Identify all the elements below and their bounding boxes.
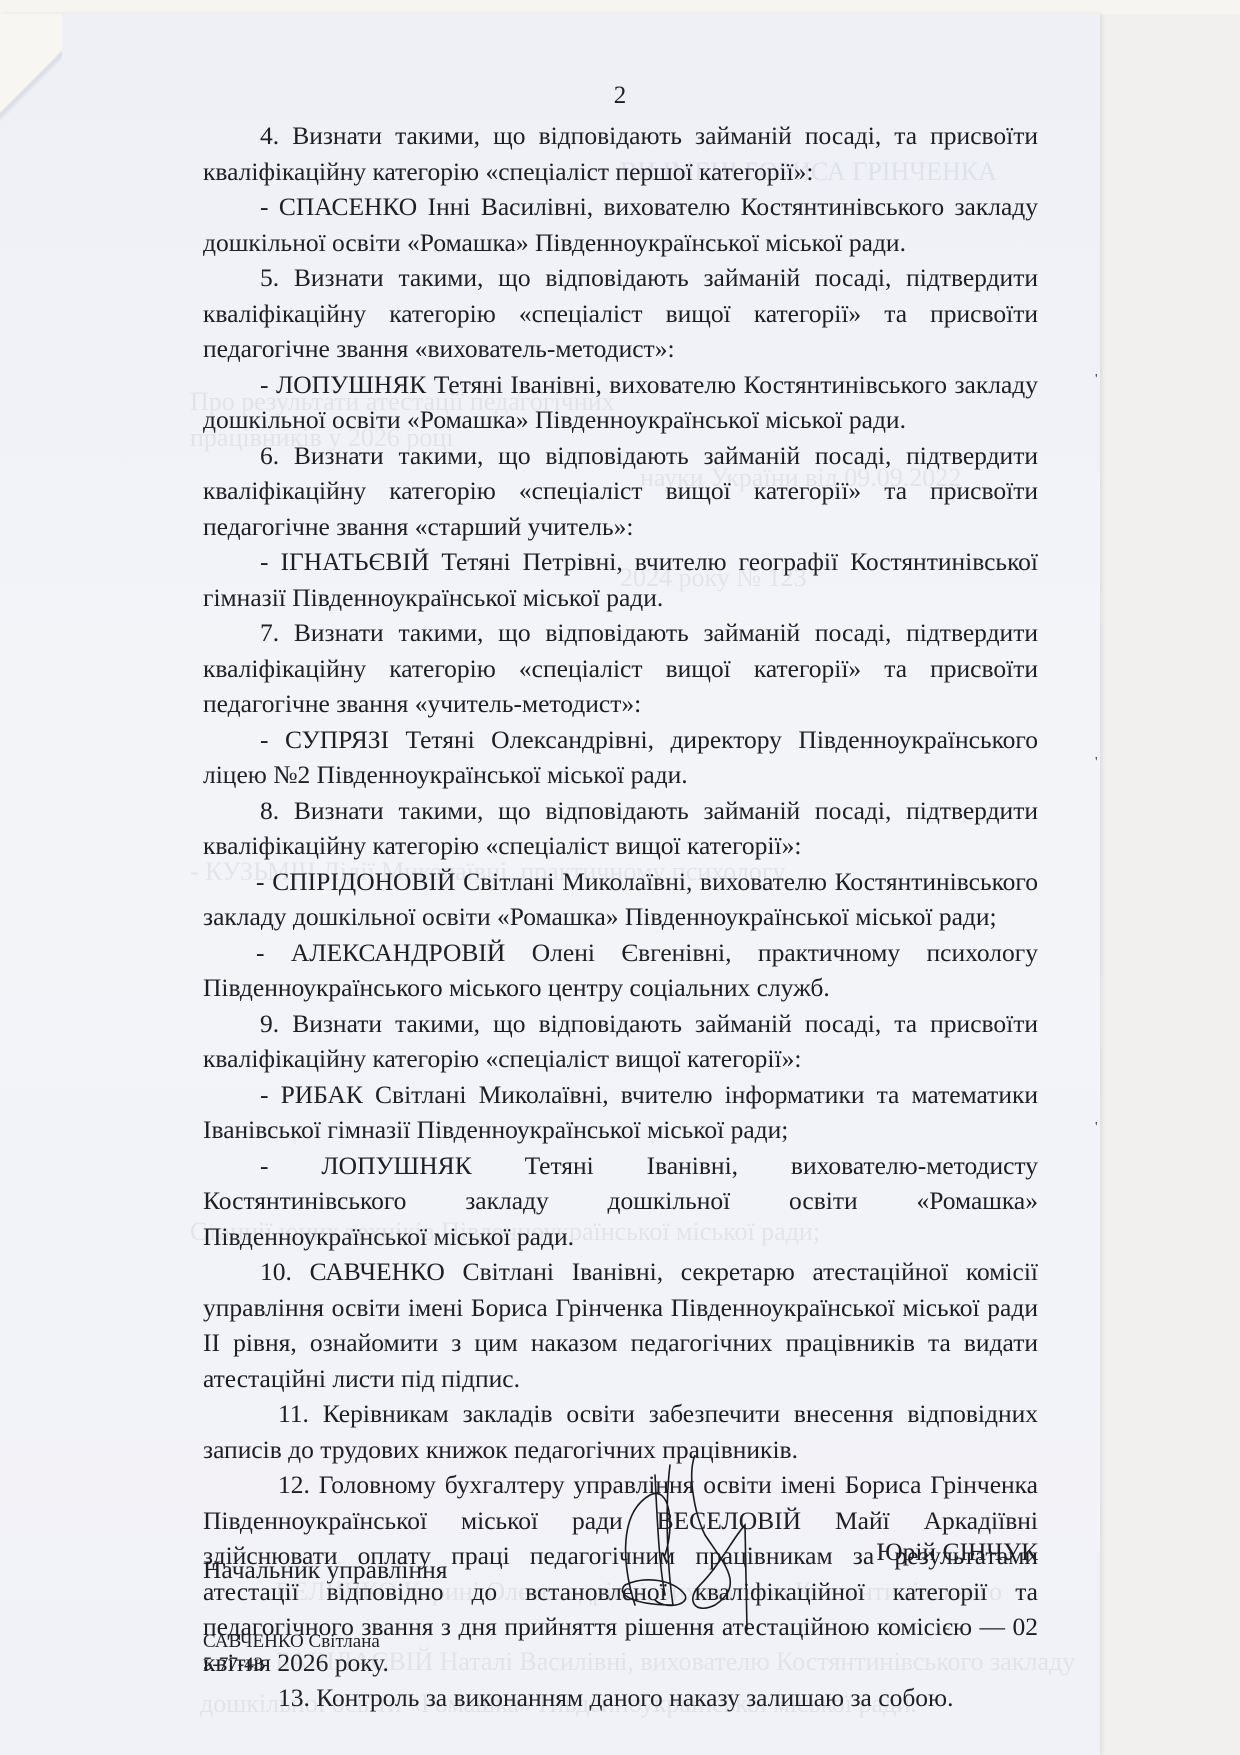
paragraph-6: 6. Визнати такими, що відповідають займа… bbox=[203, 438, 1038, 545]
scan-speck: ' bbox=[1095, 372, 1098, 388]
signer-name: Юрій СІНЧУК bbox=[876, 1534, 1038, 1569]
paragraph-13: 13. Контроль за виконанням даного наказу… bbox=[203, 1680, 1038, 1716]
signer-title: Начальник управління bbox=[203, 1552, 448, 1587]
executor-info: САВЧЕНКО Світлана 5-77-43 bbox=[203, 1630, 380, 1676]
paragraph-8: 8. Визнати такими, що відповідають займа… bbox=[203, 793, 1038, 864]
paragraph-10: 10. САВЧЕНКО Світлані Іванівні, секретар… bbox=[203, 1254, 1038, 1396]
paragraph-9-item-2: - ЛОПУШНЯК Тетяні Іванівні, вихователю-м… bbox=[203, 1148, 1038, 1255]
executor-name: САВЧЕНКО Світлана bbox=[203, 1630, 380, 1653]
scan-speck: ' bbox=[1095, 755, 1098, 771]
paragraph-9: 9. Визнати такими, що відповідають займа… bbox=[203, 1006, 1038, 1077]
paragraph-4: 4. Визнати такими, що відповідають займа… bbox=[203, 118, 1038, 189]
paragraph-7: 7. Визнати такими, що відповідають займа… bbox=[203, 615, 1038, 722]
paragraph-8-item-2: - АЛЕКСАНДРОВІЙ Олені Євгенівні, практич… bbox=[203, 935, 1038, 1006]
paragraph-7-item: - СУПРЯЗІ Тетяні Олександрівні, директор… bbox=[203, 722, 1038, 793]
paragraph-9-item-1: - РИБАК Світлані Миколаївні, вчителю інф… bbox=[203, 1077, 1038, 1148]
scan-speck: ' bbox=[1095, 1120, 1098, 1136]
paragraph-4-item: - СПАСЕНКО Інні Василівні, вихователю Ко… bbox=[203, 189, 1038, 260]
page-number: 2 bbox=[0, 82, 1240, 110]
paragraph-5-item: - ЛОПУШНЯК Тетяні Іванівні, вихователю К… bbox=[203, 367, 1038, 438]
paragraph-6-item: - ІГНАТЬЄВІЙ Тетяні Петрівні, вчителю ге… bbox=[203, 544, 1038, 615]
scan-background-strip bbox=[0, 0, 1240, 14]
paragraph-5: 5. Визнати такими, що відповідають займа… bbox=[203, 260, 1038, 367]
executor-phone: 5-77-43 bbox=[203, 1653, 380, 1676]
handwritten-signature-icon bbox=[595, 1455, 795, 1635]
paragraph-8-item-1: - СПІРІДОНОВІЙ Світлані Миколаївні, вихо… bbox=[203, 864, 1038, 935]
